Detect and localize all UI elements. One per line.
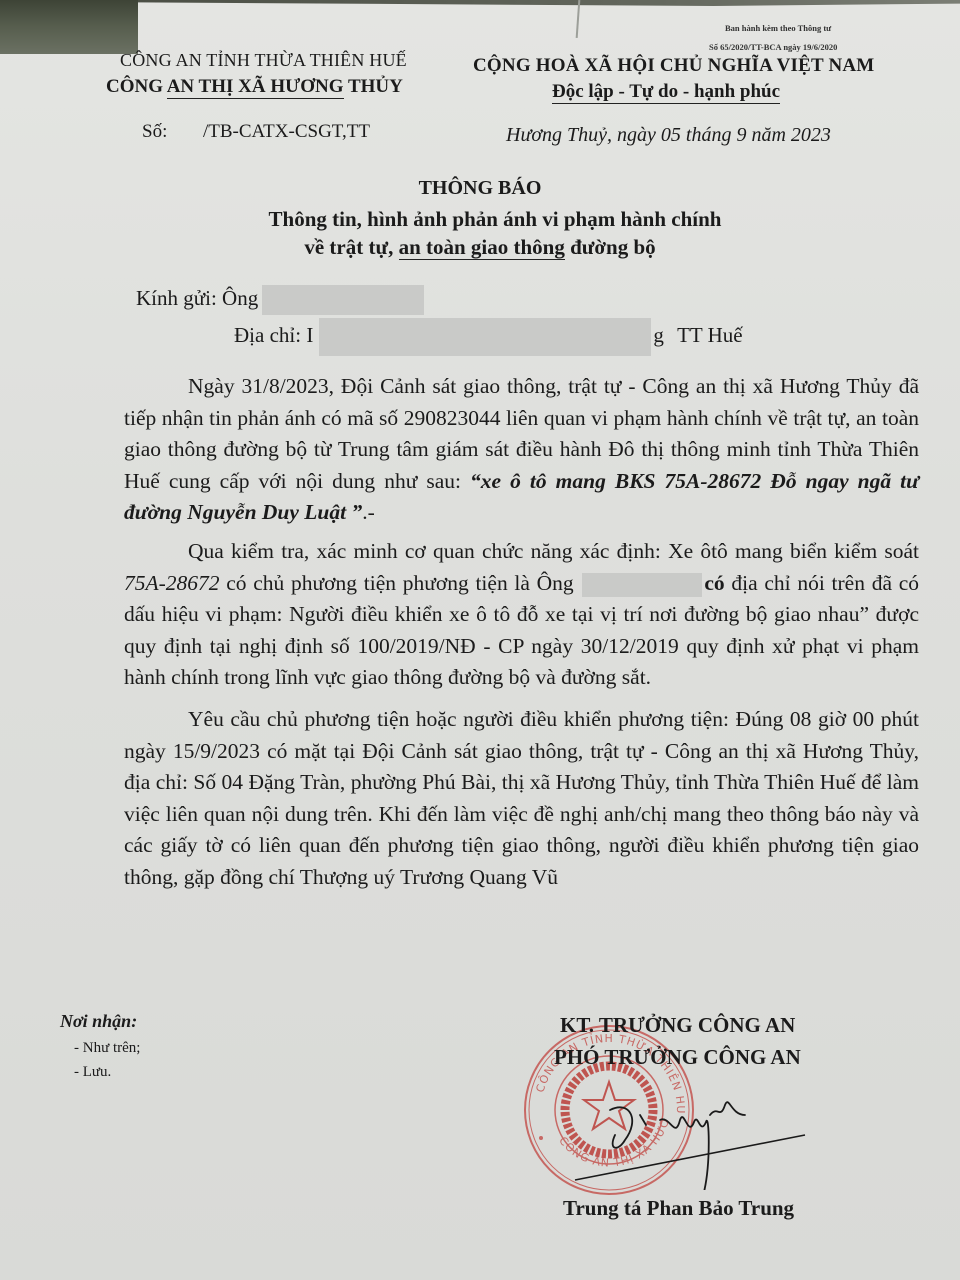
circular-note-line1: Ban hành kèm theo Thông tư [725,23,831,33]
address-fragment-end: g [653,323,664,347]
redacted-name [262,285,424,315]
paper-fold-mark [576,0,581,38]
issuing-agency: CÔNG AN THỊ XÃ HƯƠNG THỦY [106,76,403,98]
recipient-label: Kính gửi: Ông [136,286,258,310]
background-edge [138,0,960,6]
paragraph2-bold: có [704,571,724,595]
national-motto: Độc lập - Tự do - hạnh phúc [552,81,780,104]
paragraph2-part2: có chủ phương tiện phương tiện là Ông [220,571,581,595]
paragraph2-part1: Qua kiểm tra, xác minh cơ quan chức năng… [188,539,919,563]
redacted-owner-name [582,573,702,597]
recipients-title: Nơi nhận: [60,1011,137,1032]
background-surface [0,0,138,54]
recipient-item: - Lưu. [74,1064,111,1081]
address-fragment-start: I [306,323,313,347]
document-subtitle-line2: về trật tự, an toàn giao thông đường bộ [0,235,960,260]
signature-title-line1: KT. TRƯỞNG CÔNG AN [560,1013,795,1038]
paragraph3-text: Yêu cầu chủ phương tiện hoặc người điều … [124,707,919,889]
country-name: CỘNG HOÀ XÃ HỘI CHỦ NGHĨA VIỆT NAM [473,55,874,77]
license-plate: 75A-28672 [124,571,220,595]
doc-number-value: /TB-CATX-CSGT,TT [203,121,370,143]
parent-agency: CÔNG AN TỈNH THỪA THIÊN HUẾ [120,50,407,71]
address-label: Địa chỉ: [234,323,301,347]
subtitle-underlined: an toàn giao thông [399,235,565,260]
date-line: Hương Thuỷ, ngày 05 tháng 9 năm 2023 [506,124,831,147]
signature-title-line2: PHÓ TRƯỞNG CÔNG AN [554,1045,801,1070]
address-tail: TT Huế [677,323,743,347]
subtitle-prefix: về trật tự, [304,235,398,259]
agency-prefix: CÔNG [106,76,167,97]
paragraph-report: Ngày 31/8/2023, Đội Cảnh sát giao thông,… [64,371,919,529]
recipient-line: Kính gửi: Ông [136,285,424,315]
paragraph-summons: Yêu cầu chủ phương tiện hoặc người điều … [64,704,919,893]
document-title: THÔNG BÁO [0,177,960,200]
paragraph-verification: Qua kiểm tra, xác minh cơ quan chức năng… [64,536,919,694]
recipient-item: - Như trên; [74,1040,140,1057]
redacted-address [319,318,651,356]
circular-note-line2: Số 65/2020/TT-BCA ngày 19/6/2020 [709,42,837,52]
agency-underlined: AN THỊ XÃ HƯƠNG [167,76,344,99]
doc-number-label: Số: [142,121,167,143]
document-page: CÔNG AN TỈNH THỪA THIÊN HUẾ CÔNG AN THỊ … [0,0,960,1280]
handwritten-signature-icon [570,1080,810,1190]
agency-suffix: THỦY [344,76,403,97]
address-line: Địa chỉ: Ig TT Huế [234,318,743,356]
subtitle-suffix: đường bộ [565,235,656,259]
paragraph1-end: .- [362,500,375,524]
document-subtitle-line1: Thông tin, hình ảnh phản ánh vi phạm hàn… [0,207,960,232]
signer-name: Trung tá Phan Bảo Trung [563,1196,794,1221]
